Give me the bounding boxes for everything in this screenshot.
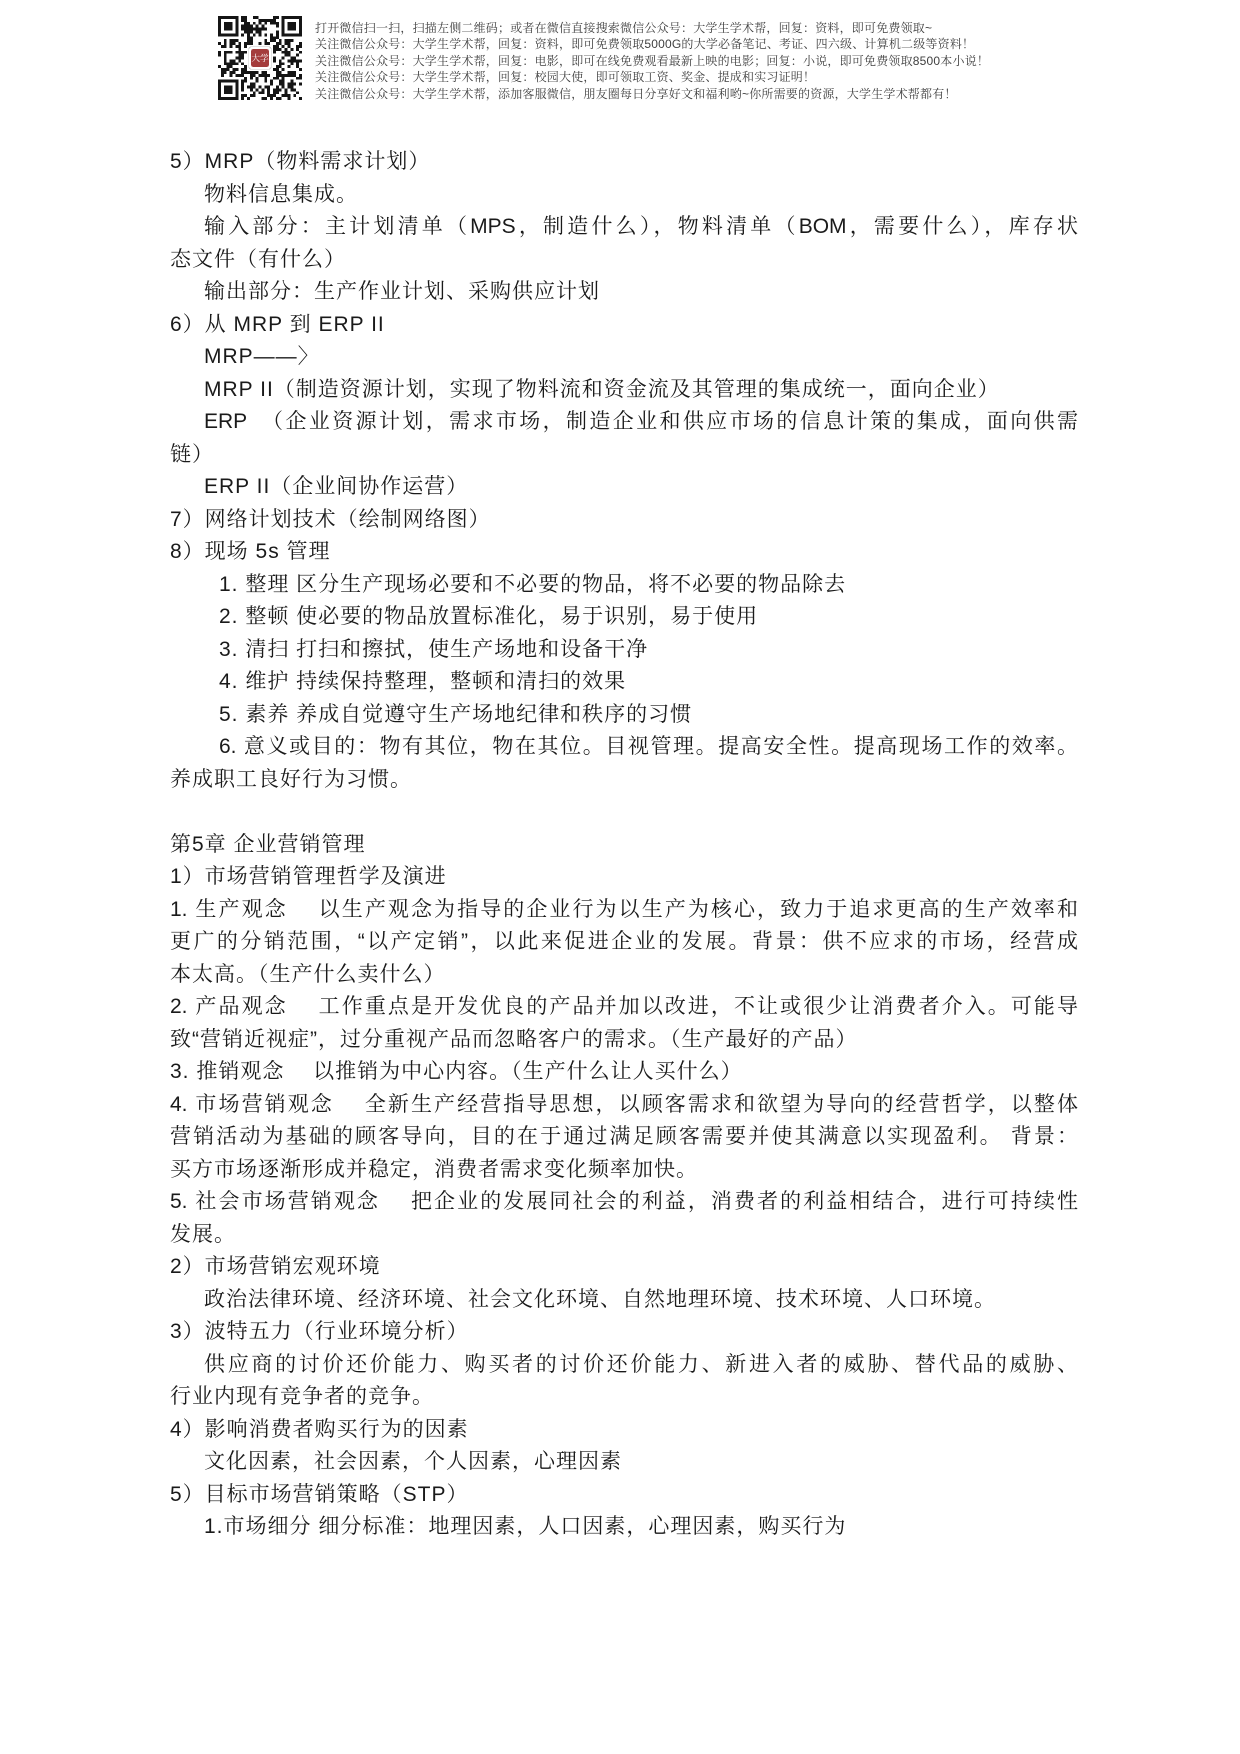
header-line: 关注微信公众号：大学生学术帮，回复：资料，即可免费领取5000G的大学必备笔记、…	[315, 36, 989, 52]
text-line: 2. 产品观念 工作重点是开发优良的产品并加以改进，不让或很少让消费者介入。可能…	[170, 991, 1078, 1024]
text-line: 1.市场细分 细分标准：地理因素，人口因素，心理因素，购买行为	[170, 1511, 1078, 1544]
text-line: 发展。	[170, 1219, 1078, 1252]
text-line: 4. 市场营销观念 全新生产经营指导思想，以顾客需求和欲望为导向的经营哲学，以整…	[170, 1089, 1078, 1122]
text-line: 供应商的讨价还价能力、购买者的讨价还价能力、新进入者的威胁、替代品的威胁、	[170, 1349, 1078, 1382]
text-line: 更广的分销范围，“以产定销”，以此来促进企业的发展。背景：供不应求的市场，经营成	[170, 926, 1078, 959]
document-page: 大学 打开微信扫一扫，扫描左侧二维码；或者在微信直接搜索微信公众号：大学生学术帮…	[0, 0, 1240, 1754]
text-line: 5. 社会市场营销观念 把企业的发展同社会的利益，消费者的利益相结合，进行可持续…	[170, 1186, 1078, 1219]
header-line: 关注微信公众号：大学生学术帮，回复：电影，即可在线免费观看最新上映的电影；回复：…	[315, 53, 989, 69]
text-line: 养成职工良好行为习惯。	[170, 764, 1078, 797]
text-line: 1）市场营销管理哲学及演进	[170, 861, 1078, 894]
text-line: 物料信息集成。	[170, 179, 1078, 212]
text-line: ERP （企业资源计划，需求市场，制造企业和供应市场的信息计策的集成，面向供需	[170, 406, 1078, 439]
text-line: 5. 素养 养成自觉遵守生产场地纪律和秩序的习惯	[170, 699, 1078, 732]
text-line: 8）现场 5s 管理	[170, 536, 1078, 569]
text-line: 态文件（有什么）	[170, 244, 1078, 277]
header-line: 打开微信扫一扫，扫描左侧二维码；或者在微信直接搜索微信公众号：大学生学术帮，回复…	[315, 20, 989, 36]
text-line: 第5章 企业营销管理	[170, 829, 1078, 862]
text-line: 4）影响消费者购买行为的因素	[170, 1414, 1078, 1447]
promo-header: 大学 打开微信扫一扫，扫描左侧二维码；或者在微信直接搜索微信公众号：大学生学术帮…	[218, 16, 989, 102]
qr-code-svg: 大学	[218, 16, 302, 100]
text-line: 5）MRP（物料需求计划）	[170, 146, 1078, 179]
text-line: 本太高。（生产什么卖什么）	[170, 959, 1078, 992]
text-line: 1. 整理 区分生产现场必要和不必要的物品，将不必要的物品除去	[170, 569, 1078, 602]
text-line: 致“营销近视症”，过分重视产品而忽略客户的需求。（生产最好的产品）	[170, 1024, 1078, 1057]
text-line: MRP——〉	[170, 341, 1078, 374]
text-line: 文化因素，社会因素，个人因素，心理因素	[170, 1446, 1078, 1479]
text-line: 6. 意义或目的：物有其位，物在其位。目视管理。提高安全性。提高现场工作的效率。	[170, 731, 1078, 764]
text-line: 4. 维护 持续保持整理，整顿和清扫的效果	[170, 666, 1078, 699]
text-line: 5）目标市场营销策略（STP）	[170, 1479, 1078, 1512]
text-line: 3. 推销观念 以推销为中心内容。（生产什么让人买什么）	[170, 1056, 1078, 1089]
header-line: 关注微信公众号：大学生学术帮，回复：校园大使，即可领取工资、奖金、提成和实习证明…	[315, 69, 989, 85]
text-line: 6）从 MRP 到 ERP II	[170, 309, 1078, 342]
text-line: MRP II（制造资源计划，实现了物料流和资金流及其管理的集成统一，面向企业）	[170, 374, 1078, 407]
text-line: 1. 生产观念 以生产观念为指导的企业行为以生产为核心，致力于追求更高的生产效率…	[170, 894, 1078, 927]
text-line: 2. 整顿 使必要的物品放置标准化，易于识别，易于使用	[170, 601, 1078, 634]
svg-text:大学: 大学	[251, 52, 269, 63]
text-line: 3. 清扫 打扫和擦拭，使生产场地和设备干净	[170, 634, 1078, 667]
document-body: 5）MRP（物料需求计划）物料信息集成。输入部分：主计划清单（MPS，制造什么）…	[170, 146, 1078, 1544]
text-line: 2）市场营销宏观环境	[170, 1251, 1078, 1284]
text-line	[170, 796, 1078, 829]
header-line: 关注微信公众号：大学生学术帮，添加客服微信，朋友圈每日分享好文和福利哟~你所需要…	[315, 86, 989, 102]
text-line: 行业内现有竞争者的竞争。	[170, 1381, 1078, 1414]
text-line: 输出部分：生产作业计划、采购供应计划	[170, 276, 1078, 309]
text-line: 7）网络计划技术（绘制网络图）	[170, 504, 1078, 537]
text-line: 买方市场逐渐形成并稳定，消费者需求变化频率加快。	[170, 1154, 1078, 1187]
text-line: 政治法律环境、经济环境、社会文化环境、自然地理环境、技术环境、人口环境。	[170, 1284, 1078, 1317]
text-line: 3）波特五力（行业环境分析）	[170, 1316, 1078, 1349]
text-line: 营销活动为基础的顾客导向，目的在于通过满足顾客需要并使其满意以实现盈利。 背景：	[170, 1121, 1078, 1154]
text-line: 输入部分：主计划清单（MPS，制造什么），物料清单（BOM，需要什么），库存状	[170, 211, 1078, 244]
header-lines: 打开微信扫一扫，扫描左侧二维码；或者在微信直接搜索微信公众号：大学生学术帮，回复…	[315, 16, 989, 102]
qr-code: 大学	[218, 16, 302, 100]
text-line: ERP II（企业间协作运营）	[170, 471, 1078, 504]
text-line: 链）	[170, 439, 1078, 472]
